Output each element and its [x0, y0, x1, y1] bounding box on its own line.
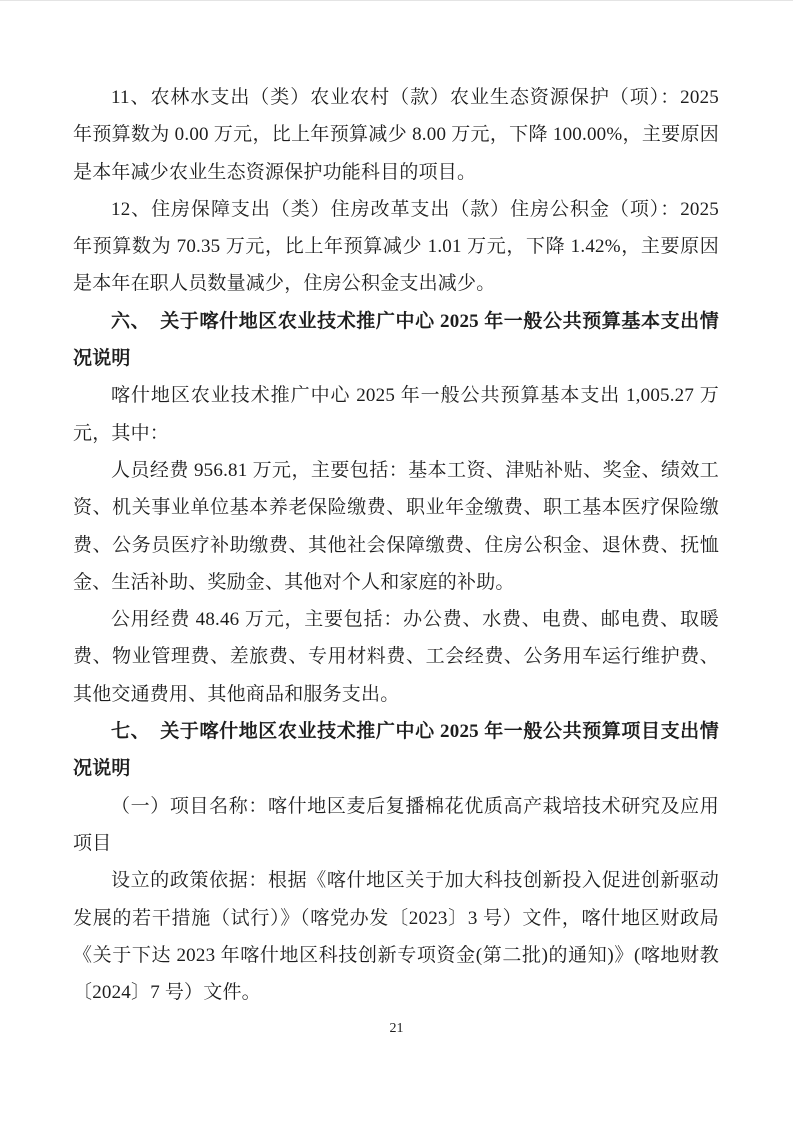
- page-number: 21: [390, 1021, 404, 1036]
- section-six-heading: 六、 关于喀什地区农业技术推广中心 2025 年一般公共预算基本支出情况说明: [73, 303, 719, 378]
- paragraph-basic-expenditure-total: 喀什地区农业技术推广中心 2025 年一般公共预算基本支出 1,005.27 万…: [73, 377, 719, 452]
- paragraph-public-funds: 公用经费 48.46 万元，主要包括：办公费、水费、电费、邮电费、取暖费、物业管…: [73, 601, 719, 713]
- section-seven-heading: 七、 关于喀什地区农业技术推广中心 2025 年一般公共预算项目支出情况说明: [73, 713, 719, 788]
- document-page: 11、农林水支出（类）农业农村（款）农业生态资源保护（项）：2025 年预算数为…: [0, 0, 793, 1122]
- document-body: 11、农林水支出（类）农业农村（款）农业生态资源保护（项）：2025 年预算数为…: [73, 79, 719, 1011]
- paragraph-budget-item-12: 12、住房保障支出（类）住房改革支出（款）住房公积金（项）：2025 年预算数为…: [73, 191, 719, 303]
- paragraph-policy-basis: 设立的政策依据：根据《喀什地区关于加大科技创新投入促进创新驱动发展的若干措施（试…: [73, 862, 719, 1011]
- paragraph-personnel-funds: 人员经费 956.81 万元，主要包括：基本工资、津贴补贴、奖金、绩效工资、机关…: [73, 452, 719, 601]
- page-footer: 21: [0, 1021, 793, 1037]
- paragraph-project-name: （一）项目名称：喀什地区麦后复播棉花优质高产栽培技术研究及应用项目: [73, 788, 719, 863]
- paragraph-budget-item-11: 11、农林水支出（类）农业农村（款）农业生态资源保护（项）：2025 年预算数为…: [73, 79, 719, 191]
